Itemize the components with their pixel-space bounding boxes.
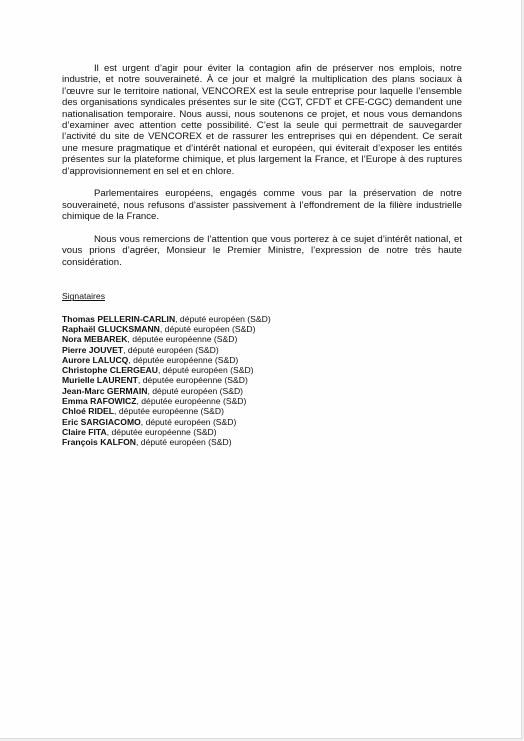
signatory-title: , députée européenne (S&D) xyxy=(114,406,224,416)
paragraph-urgency: Il est urgent d’agir pour éviter la cont… xyxy=(62,63,462,177)
signatory-title: , député européen (S&D) xyxy=(136,437,232,447)
paragraph-closing: Nous vous remercions de l’attention que … xyxy=(62,234,462,268)
signatory-name: Nora MEBAREK xyxy=(62,334,127,344)
signatory-name: François KALFON xyxy=(62,437,136,447)
signatory-title: , députée européenne (S&D) xyxy=(107,427,217,437)
document-page: Il est urgent d’agir pour éviter la cont… xyxy=(0,0,522,739)
signatory-name: Raphaël GLUCKSMANN xyxy=(62,324,160,334)
signatory: Nora MEBAREK, députée européenne (S&D) xyxy=(62,334,462,344)
signatory-name: Murielle LAURENT xyxy=(62,375,138,385)
signatory-name: Thomas PELLERIN-CARLIN xyxy=(62,314,175,324)
signatory: Murielle LAURENT, députée européenne (S&… xyxy=(62,375,462,385)
signatory: Raphaël GLUCKSMANN, député européen (S&D… xyxy=(62,324,462,334)
signatory-title: , député européen (S&D) xyxy=(158,365,254,375)
signatory: Emma RAFOWICZ, députée européenne (S&D) xyxy=(62,396,462,406)
signatory: Aurore LALUCQ, députée européenne (S&D) xyxy=(62,355,462,365)
signatory: François KALFON, député européen (S&D) xyxy=(62,437,462,447)
signatory: Chloé RIDEL, députée européenne (S&D) xyxy=(62,406,462,416)
signatory-title: , députée européenne (S&D) xyxy=(138,375,248,385)
signatory: Claire FITA, députée européenne (S&D) xyxy=(62,427,462,437)
signatory: Eric SARGIACOMO, député européen (S&D) xyxy=(62,417,462,427)
signatory-title: , député européen (S&D) xyxy=(147,386,243,396)
signatory-title: , député européen (S&D) xyxy=(123,345,219,355)
signatory-title: , députée européenne (S&D) xyxy=(128,355,238,365)
signatory-title: , députée européenne (S&D) xyxy=(136,396,246,406)
signatory: Christophe CLERGEAU, député européen (S&… xyxy=(62,365,462,375)
signatory-name: Emma RAFOWICZ xyxy=(62,396,136,406)
signatory: Jean-Marc GERMAIN, député européen (S&D) xyxy=(62,386,462,396)
signatories-list: Thomas PELLERIN-CARLIN, député européen … xyxy=(62,314,462,448)
signatory-title: , député européen (S&D) xyxy=(160,324,256,334)
signatory-name: Aurore LALUCQ xyxy=(62,355,128,365)
signatory-name: Eric SARGIACOMO xyxy=(62,417,141,427)
signatory-title: , députée européenne (S&D) xyxy=(127,334,237,344)
signatory: Thomas PELLERIN-CARLIN, député européen … xyxy=(62,314,462,324)
signatory-name: Claire FITA xyxy=(62,427,107,437)
signatory-name: Chloé RIDEL xyxy=(62,406,114,416)
signatory-title: , député européen (S&D) xyxy=(141,417,237,427)
signatories-heading: Signataires xyxy=(62,291,462,302)
signatory-name: Christophe CLERGEAU xyxy=(62,365,158,375)
signatory: Pierre JOUVET, député européen (S&D) xyxy=(62,345,462,355)
paragraph-sovereignty: Parlementaires européens, engagés comme … xyxy=(62,188,462,222)
signatory-name: Pierre JOUVET xyxy=(62,345,123,355)
signatory-title: , député européen (S&D) xyxy=(175,314,271,324)
signatory-name: Jean-Marc GERMAIN xyxy=(62,386,147,396)
letter-body: Il est urgent d’agir pour éviter la cont… xyxy=(62,63,462,448)
